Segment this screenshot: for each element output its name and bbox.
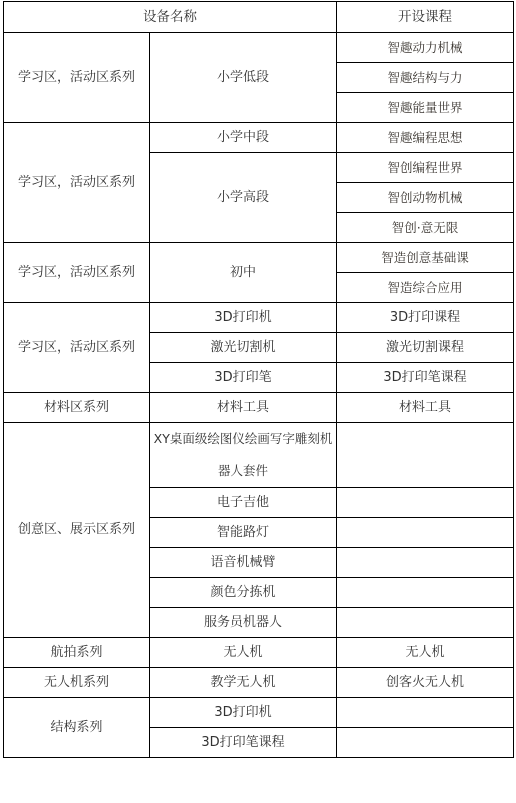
course-cell: 智趣动力机械: [337, 33, 514, 63]
course-cell-empty: [337, 488, 514, 518]
table-row: 学习区，活动区系列 小学中段 智趣编程思想: [4, 123, 514, 153]
equipment-cell: 教学无人机: [150, 668, 337, 698]
equipment-course-table: 设备名称 开设课程 学习区，活动区系列 小学低段 智趣动力机械 智趣结构与力 智…: [3, 1, 514, 758]
course-cell: 智创动物机械: [337, 183, 514, 213]
series-cell: 结构系列: [4, 698, 150, 758]
table-row: 航拍系列 无人机 无人机: [4, 638, 514, 668]
series-cell: 学习区，活动区系列: [4, 243, 150, 303]
header-course: 开设课程: [337, 2, 514, 33]
equipment-cell: 3D打印机: [150, 698, 337, 728]
course-cell: 激光切割课程: [337, 333, 514, 363]
equipment-cell: 激光切割机: [150, 333, 337, 363]
course-cell: 智趣结构与力: [337, 63, 514, 93]
course-cell: 3D打印课程: [337, 303, 514, 333]
equipment-cell: 服务员机器人: [150, 608, 337, 638]
series-cell: 创意区、展示区系列: [4, 423, 150, 638]
course-cell-empty: [337, 548, 514, 578]
equipment-cell: 初中: [150, 243, 337, 303]
equipment-cell: 智能路灯: [150, 518, 337, 548]
series-cell: 材料区系列: [4, 393, 150, 423]
course-cell-empty: [337, 608, 514, 638]
course-cell: 创客火无人机: [337, 668, 514, 698]
series-cell: 无人机系列: [4, 668, 150, 698]
course-cell-empty: [337, 728, 514, 758]
course-cell: 智趣能量世界: [337, 93, 514, 123]
table-row: 材料区系列 材料工具 材料工具: [4, 393, 514, 423]
table-row: 学习区，活动区系列 小学低段 智趣动力机械: [4, 33, 514, 63]
course-cell-empty: [337, 518, 514, 548]
course-cell: 智创编程世界: [337, 153, 514, 183]
course-cell: 智趣编程思想: [337, 123, 514, 153]
course-cell: 智造综合应用: [337, 273, 514, 303]
header-row: 设备名称 开设课程: [4, 2, 514, 33]
table-row: 学习区，活动区系列 初中 智造创意基础课: [4, 243, 514, 273]
equipment-cell: 无人机: [150, 638, 337, 668]
course-cell-empty: [337, 578, 514, 608]
table-row: 结构系列 3D打印机: [4, 698, 514, 728]
course-cell: 无人机: [337, 638, 514, 668]
equipment-cell: 小学低段: [150, 33, 337, 123]
series-cell: 学习区，活动区系列: [4, 33, 150, 123]
equipment-cell: 3D打印笔课程: [150, 728, 337, 758]
equipment-cell: 3D打印机: [150, 303, 337, 333]
equipment-cell: 小学中段: [150, 123, 337, 153]
equipment-cell: 电子吉他: [150, 488, 337, 518]
equipment-cell: XY桌面级绘图仪绘画写字雕刻机器人套件: [150, 423, 337, 488]
course-cell-empty: [337, 423, 514, 488]
series-cell: 航拍系列: [4, 638, 150, 668]
course-cell: 材料工具: [337, 393, 514, 423]
equipment-cell: 3D打印笔: [150, 363, 337, 393]
table-row: 学习区，活动区系列 3D打印机 3D打印课程: [4, 303, 514, 333]
equipment-cell: 语音机械臂: [150, 548, 337, 578]
equipment-cell: 小学高段: [150, 153, 337, 243]
equipment-cell: 材料工具: [150, 393, 337, 423]
table-row: 无人机系列 教学无人机 创客火无人机: [4, 668, 514, 698]
course-cell: 智创·意无限: [337, 213, 514, 243]
header-equipment-name: 设备名称: [4, 2, 337, 33]
series-cell: 学习区，活动区系列: [4, 303, 150, 393]
course-cell: 3D打印笔课程: [337, 363, 514, 393]
course-cell: 智造创意基础课: [337, 243, 514, 273]
equipment-cell: 颜色分拣机: [150, 578, 337, 608]
course-cell-empty: [337, 698, 514, 728]
series-cell: 学习区，活动区系列: [4, 123, 150, 243]
